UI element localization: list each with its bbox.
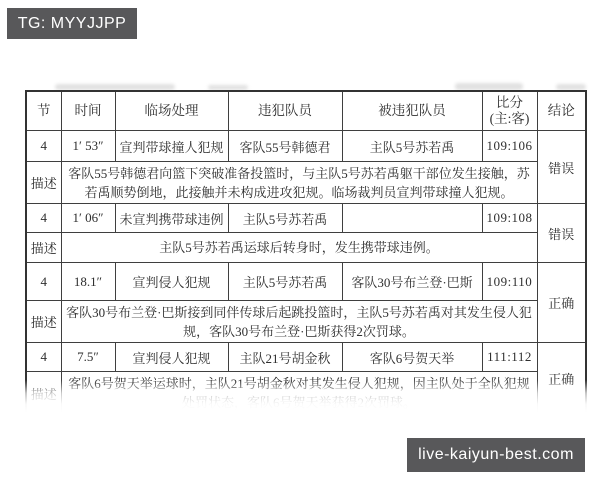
offender-cell: 主队21号胡金秋 [228,343,342,372]
header-score-line1: 比分 [496,95,523,110]
event-row: 4 18.1″ 宣判侵人犯规 主队5号苏若禹 客队30号布兰登·巴斯 109:1… [26,263,586,301]
header-score-line2: (主:客) [490,111,530,126]
time-cell: 18.1″ [61,263,115,301]
conclusion-cell: 错误 [537,204,586,263]
fouled-cell [342,204,482,233]
header-fouled: 被违犯队员 [342,91,482,131]
offender-cell: 主队5号苏若禹 [228,263,342,301]
header-offender: 违犯队员 [228,91,342,131]
conclusion-cell: 正确 [537,263,586,343]
description-text: 客队30号布兰登·巴斯接到同伴传球后起跳投篮时，主队5号苏若禹对其发生侵人犯规，… [61,301,537,343]
scanned-referee-report-page: { "watermarks": { "top": "TG: MYYJJPP", … [0,0,600,480]
site-watermark-badge: live-kaiyun-best.com [407,438,585,472]
description-text: 客队6号贺天举运球时，主队21号胡金秋对其发生侵人犯规，因主队处于全队犯规处罚状… [61,372,537,416]
referee-report-table: 节 时间 临场处理 违犯队员 被违犯队员 比分 (主:客) 结论 4 1′ 53… [25,90,587,417]
score-cell: 111:112 [482,343,537,372]
telegram-watermark-badge: TG: MYYJJPP [7,8,137,39]
description-text: 客队55号韩德君向篮下突破准备投篮时，与主队5号苏若禹躯干部位发生接触，苏若禹顺… [61,162,537,204]
header-conclusion: 结论 [537,91,586,131]
description-row: 描述 客队6号贺天举运球时，主队21号胡金秋对其发生侵人犯规，因主队处于全队犯规… [26,372,586,416]
offender-cell: 主队5号苏若禹 [228,204,342,233]
scan-smudge [455,83,523,90]
header-quarter: 节 [26,91,61,131]
quarter-cell: 4 [26,204,61,233]
ruling-cell: 宣判带球撞人犯规 [115,131,228,162]
header-time: 时间 [61,91,115,131]
conclusion-cell: 正确 [537,343,586,416]
conclusion-cell: 错误 [537,131,586,204]
quarter-cell: 4 [26,343,61,372]
fouled-cell: 客队30号布兰登·巴斯 [342,263,482,301]
event-row: 4 1′ 06″ 未宣判携带球违例 主队5号苏若禹 109:108 错误 [26,204,586,233]
description-label: 描述 [26,233,61,263]
description-label: 描述 [26,162,61,204]
score-cell: 109:110 [482,263,537,301]
description-row: 描述 主队5号苏若禹运球后转身时，发生携带球违例。 [26,233,586,263]
time-cell: 7.5″ [61,343,115,372]
ruling-cell: 未宣判携带球违例 [115,204,228,233]
score-cell: 109:106 [482,131,537,162]
description-row: 描述 客队55号韩德君向篮下突破准备投篮时，与主队5号苏若禹躯干部位发生接触，苏… [26,162,586,204]
header-ruling: 临场处理 [115,91,228,131]
event-row: 4 1′ 53″ 宣判带球撞人犯规 客队55号韩德君 主队5号苏若禹 109:1… [26,131,586,162]
score-cell: 109:108 [482,204,537,233]
referee-report-document: 节 时间 临场处理 违犯队员 被违犯队员 比分 (主:客) 结论 4 1′ 53… [25,90,585,417]
header-score: 比分 (主:客) [482,91,537,131]
description-text: 主队5号苏若禹运球后转身时，发生携带球违例。 [61,233,537,263]
description-row: 描述 客队30号布兰登·巴斯接到同伴传球后起跳投篮时，主队5号苏若禹对其发生侵人… [26,301,586,343]
ruling-cell: 宣判侵人犯规 [115,263,228,301]
time-cell: 1′ 06″ [61,204,115,233]
fouled-cell: 客队6号贺天举 [342,343,482,372]
telegram-watermark-text: TG: MYYJJPP [18,15,127,33]
description-label: 描述 [26,372,61,416]
quarter-cell: 4 [26,263,61,301]
ruling-cell: 宣判侵人犯规 [115,343,228,372]
quarter-cell: 4 [26,131,61,162]
table-header-row: 节 时间 临场处理 违犯队员 被违犯队员 比分 (主:客) 结论 [26,91,586,131]
offender-cell: 客队55号韩德君 [228,131,342,162]
fouled-cell: 主队5号苏若禹 [342,131,482,162]
description-label: 描述 [26,301,61,343]
site-watermark-text: live-kaiyun-best.com [418,446,574,464]
time-cell: 1′ 53″ [61,131,115,162]
event-row: 4 7.5″ 宣判侵人犯规 主队21号胡金秋 客队6号贺天举 111:112 正… [26,343,586,372]
